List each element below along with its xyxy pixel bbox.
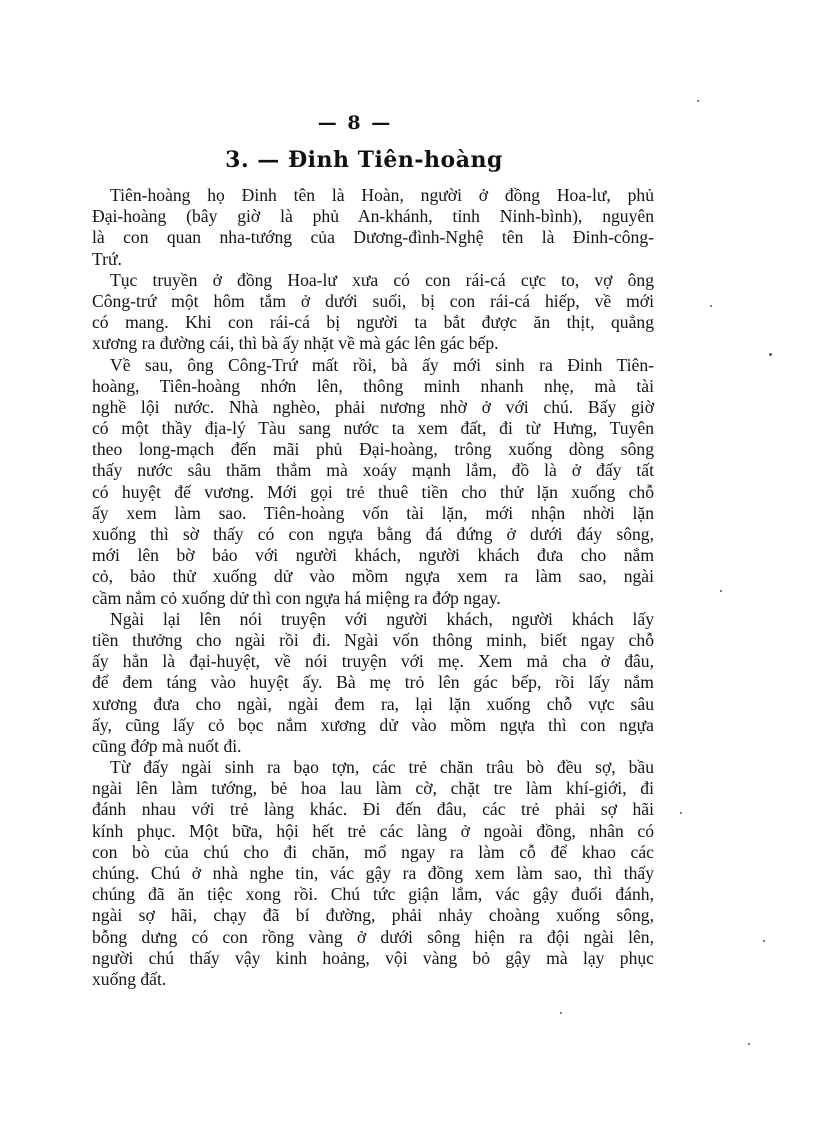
scan-speck xyxy=(710,305,712,307)
text-line: Ngài lại lên nói truyện với người khách,… xyxy=(92,609,654,630)
text-line: để đem táng vào huyệt ấy. Bà mẹ trỏ lên … xyxy=(92,672,654,693)
text-line: đánh nhau với trẻ làng khác. Đi đến đâu,… xyxy=(92,799,654,820)
page-number: — 8 — xyxy=(0,112,710,134)
text-line: xương đưa cho ngài, ngài đem ra, lại lặn… xyxy=(92,694,654,715)
text-line: ấy, cũng lấy cỏ bọc nắm xương dử vào mồm… xyxy=(92,715,654,736)
text-line: cũng đớp mà nuốt đi. xyxy=(92,736,654,757)
scan-speck xyxy=(748,1043,750,1045)
text-line: mới lên bờ bảo với người khách, người kh… xyxy=(92,545,654,566)
scan-speck xyxy=(763,940,765,942)
text-line: thấy nước sâu thăm thẳm mà xoáy mạnh lắm… xyxy=(92,460,654,481)
text-line: Về sau, ông Công-Trứ mất rồi, bà ấy mới … xyxy=(92,355,654,376)
text-line: ngài sợ hãi, chạy đã bí đường, phải nhảy… xyxy=(92,905,654,926)
text-line: ngài lên làm tướng, bẻ hoa lau làm cờ, c… xyxy=(92,778,654,799)
scan-speck xyxy=(720,590,722,592)
text-line: Công-trứ một hôm tắm ở dưới suối, bị con… xyxy=(92,291,654,312)
text-line: Tục truyền ở đồng Hoa-lư xưa có con rái-… xyxy=(92,270,654,291)
document-page: — 8 — 3. — Đinh Tiên-hoàng Tiên-hoàng họ… xyxy=(0,0,816,1123)
text-line: cầm nắm cỏ xuống dử thì con ngựa há miện… xyxy=(92,588,654,609)
text-line: hoàng, Tiên-hoàng nhớn lên, thông minh n… xyxy=(92,376,654,397)
text-line: chúng. Chú ở nhà nghe tin, vác gậy ra đồ… xyxy=(92,863,654,884)
text-line: có mang. Khi con rái-cá bị người ta bắt … xyxy=(92,312,654,333)
text-line: cỏ, bảo thử xuống dử vào mồm ngựa xem ra… xyxy=(92,566,654,587)
text-line: có huyệt đế vương. Mới gọi trẻ thuê tiền… xyxy=(92,482,654,503)
text-line: có một thầy địa-lý Tàu sang nước ta xem … xyxy=(92,418,654,439)
scan-speck xyxy=(560,1012,562,1014)
text-line: ấy xem làm sao. Tiên-hoàng vốn tài lặn, … xyxy=(92,503,654,524)
text-line: Tiên-hoàng họ Đinh tên là Hoàn, người ở … xyxy=(92,185,654,206)
text-line: ấy hẳn là đại-huyệt, về nói truyện với m… xyxy=(92,651,654,672)
text-line: xuống đất. xyxy=(92,969,654,990)
text-line: chúng đã ăn tiệc xong rồi. Chú tức giận … xyxy=(92,884,654,905)
text-line: con bò của chú cho đi chăn, mổ ngay ra l… xyxy=(92,842,654,863)
scan-speck xyxy=(697,100,699,102)
text-line: bỗng dưng có con rồng vàng ở dưới sông h… xyxy=(92,927,654,948)
body-text: Tiên-hoàng họ Đinh tên là Hoàn, người ở … xyxy=(92,185,654,990)
text-line: kính phục. Một bữa, hội hết trẻ các làng… xyxy=(92,821,654,842)
text-line: theo long-mạch đến mãi phủ Đại-hoàng, tr… xyxy=(92,439,654,460)
text-line: xương ra đường cái, thì bà ấy nhặt về mà… xyxy=(92,333,654,354)
text-line: Từ đấy ngài sinh ra bạo tợn, các trẻ chă… xyxy=(92,757,654,778)
text-line: nghề lội nước. Nhà nghèo, phải nương nhờ… xyxy=(92,397,654,418)
text-line: Trứ. xyxy=(92,249,654,270)
text-line: tiền thưởng cho ngài rồi đi. Ngài vốn th… xyxy=(92,630,654,651)
text-line: là con quan nha-tướng của Dương-đình-Ngh… xyxy=(92,227,654,248)
scan-speck xyxy=(769,353,772,356)
chapter-title: 3. — Đinh Tiên-hoàng xyxy=(0,147,728,173)
text-line: người chú thấy vậy kinh hoảng, vội vàng … xyxy=(92,948,654,969)
text-line: Đại-hoàng (bây giờ là phủ An-khánh, tỉnh… xyxy=(92,206,654,227)
scan-speck xyxy=(680,812,682,814)
text-line: xuống thì sờ thấy có con ngựa bằng đá đứ… xyxy=(92,524,654,545)
